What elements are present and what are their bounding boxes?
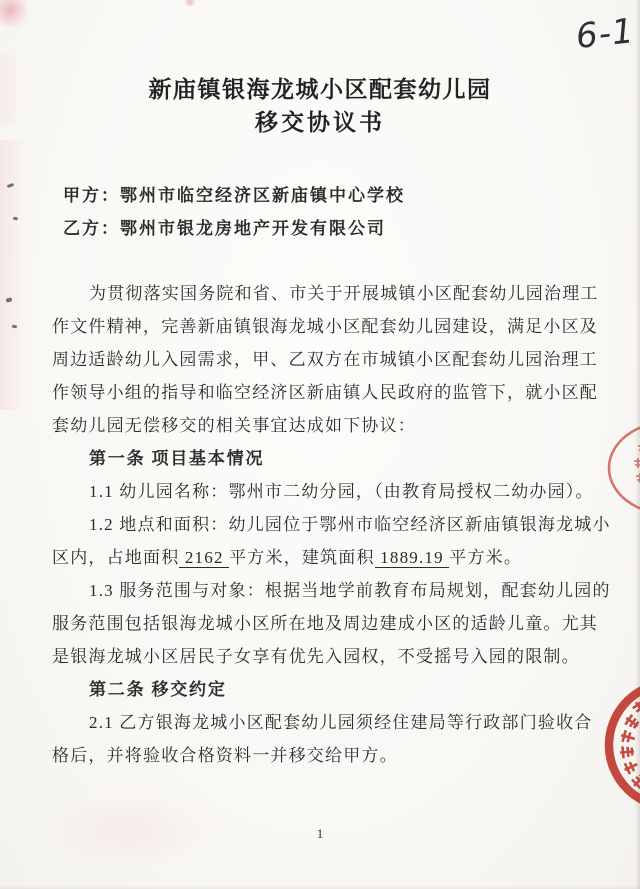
pink-smudge	[0, 0, 28, 30]
scanned-document-page: 6-1 新庙镇银海龙城小区配套幼儿园 移交协议书 甲方：鄂州市临空经济区新庙镇中…	[0, 0, 640, 889]
party-b-label: 乙方：	[63, 219, 120, 238]
body-line: 服务范围包括银海龙城小区所在地及周边建成小区的适龄儿童。尤其	[52, 607, 589, 640]
body-text: 平方米，建筑面积	[229, 548, 375, 567]
body-line: 2.1 乙方银海龙城小区配套幼儿园须经住建局等行政部门验收合	[52, 706, 589, 739]
pink-smudge	[183, 0, 197, 6]
scan-speck	[12, 325, 17, 328]
party-a-label: 甲方：	[63, 186, 120, 205]
official-seal-icon	[580, 655, 640, 845]
body-line: 为贯彻落实国务院和省、市关于开展城镇小区配套幼儿园治理工	[52, 277, 589, 310]
scan-edge-shadow	[0, 885, 640, 889]
body-line: 周边适龄幼儿入园需求，甲、乙双方在市城镇小区配套幼儿园治理工	[52, 343, 589, 376]
handwritten-mark: 6-1	[574, 11, 636, 57]
title-line-1: 新庙镇银海龙城小区配套幼儿园	[0, 74, 640, 106]
title-line-2: 移交协议书	[0, 108, 640, 138]
page-number: 1	[0, 826, 640, 842]
section-heading: 第一条 项目基本情况	[52, 442, 589, 475]
body-line: 格后，并将验收合格资料一并移交给甲方。	[52, 739, 589, 772]
body-text: 区内，占地面积	[52, 548, 179, 567]
body-text: 平方米。	[449, 548, 522, 567]
body-line: 1.2 地点和面积：幼儿园位于鄂州市临空经济区新庙镇银海龙城小	[52, 508, 589, 541]
underlined-value-building-area: 1889.19	[375, 548, 450, 568]
red-seal-fragment-icon	[600, 416, 640, 526]
body-line: 是银海龙城小区居民子女享有优先入园权，不受摇号入园的限制。	[52, 640, 589, 673]
document-title: 新庙镇银海龙城小区配套幼儿园 移交协议书	[0, 74, 640, 138]
body-line: 1.3 服务范围与对象：根据当地学前教育布局规划，配套幼儿园的	[52, 574, 589, 607]
party-b-name: 鄂州市银龙房地产开发有限公司	[120, 219, 386, 238]
party-a-row: 甲方：鄂州市临空经济区新庙镇中心学校	[63, 181, 405, 206]
body-line: 1.1 幼儿园名称：鄂州市二幼分园，（由教育局授权二幼办园）。	[52, 475, 589, 508]
body-line: 作文件精神，完善新庙镇银海龙城小区配套幼儿园建设，满足小区及	[52, 310, 589, 343]
body-line: 套幼儿园无偿移交的相关事宜达成如下协议：	[52, 409, 589, 442]
scan-speck	[13, 217, 18, 221]
body-line: 作领导小组的指导和临空经济区新庙镇人民政府的监管下，就小区配	[52, 376, 589, 409]
party-b-row: 乙方：鄂州市银龙房地产开发有限公司	[63, 214, 386, 239]
document-body: 为贯彻落实国务院和省、市关于开展城镇小区配套幼儿园治理工 作文件精神，完善新庙镇…	[52, 277, 589, 772]
section-heading: 第二条 移交约定	[52, 673, 589, 706]
underlined-value-land-area: 2162	[179, 548, 229, 568]
party-a-name: 鄂州市临空经济区新庙镇中心学校	[120, 186, 405, 205]
body-line-with-blanks: 区内，占地面积 2162 平方米，建筑面积 1889.19 平方米。	[52, 541, 589, 574]
pink-smudge	[0, 140, 26, 410]
